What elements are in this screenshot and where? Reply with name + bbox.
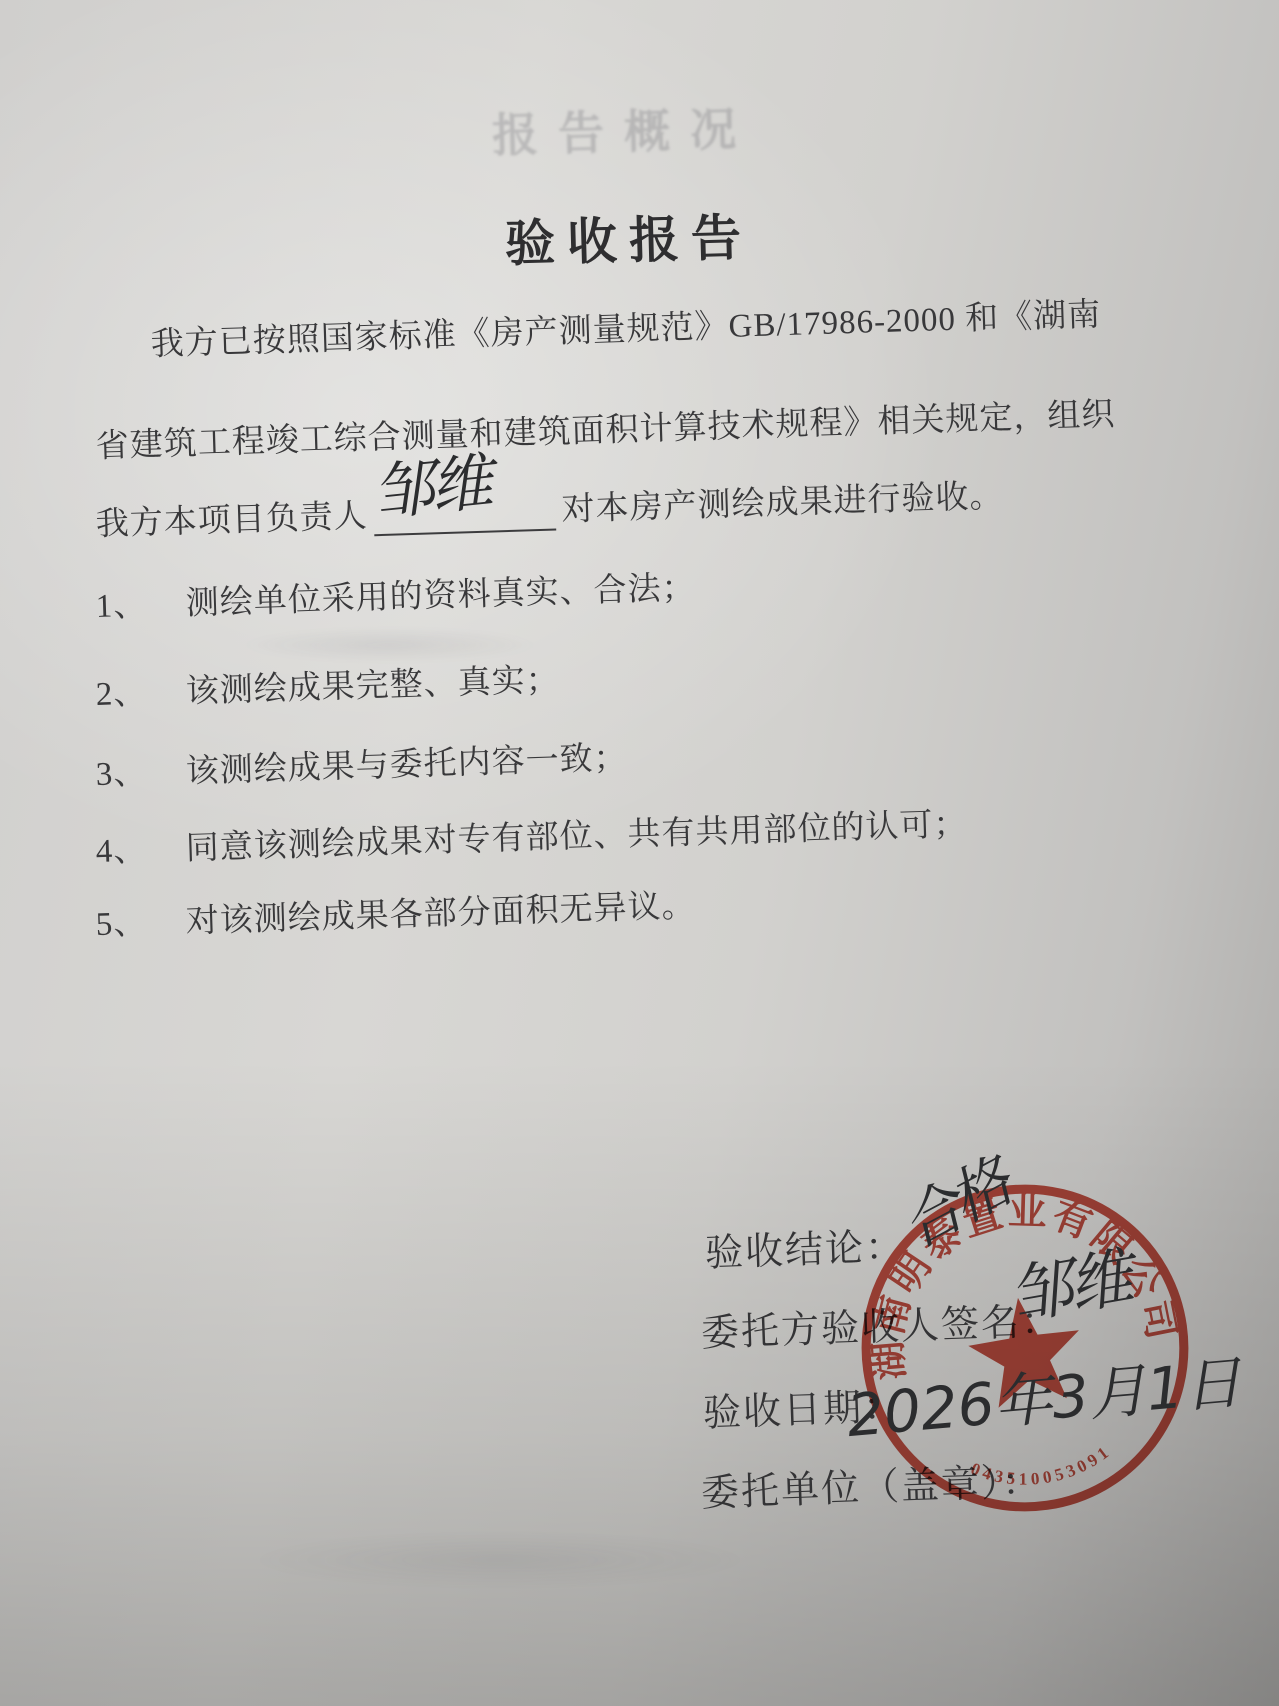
list-item-4-text: 同意该测绘成果对专有部位、共有共用部位的认可； bbox=[185, 807, 968, 868]
list-item-4-number: 4、 bbox=[95, 822, 186, 872]
bleedthrough-title: 报告概况 bbox=[491, 93, 757, 166]
paper-smudge bbox=[150, 1520, 850, 1600]
list-item-2-number: 2、 bbox=[95, 665, 186, 715]
list-item-1-text: 测绘单位采用的资料真实、合法； bbox=[185, 570, 696, 622]
list-item-3-text: 该测绘成果与委托内容一致； bbox=[185, 740, 628, 790]
list-item-5: 5、对该测绘成果各部分面积无异议。 bbox=[95, 879, 696, 945]
paragraph-line-1: 我方已按照国家标准《房产测量规范》GB/17986-2000 和《湖南 bbox=[150, 288, 1102, 365]
paragraph-line-3-prefix: 我方本项目负责人 bbox=[95, 498, 368, 543]
paragraph-line-3-suffix: 对本房产测绘成果进行验收。 bbox=[561, 478, 1004, 528]
list-item-1: 1、测绘单位采用的资料真实、合法； bbox=[95, 561, 696, 627]
list-item-3: 3、该测绘成果与委托内容一致； bbox=[95, 731, 628, 795]
list-item-1-number: 1、 bbox=[95, 577, 186, 627]
photographed-document: { "document": { "ghost_title": "报告概况", "… bbox=[0, 0, 1279, 1706]
paragraph-line-2: 省建筑工程竣工综合测量和建筑面积计算技术规程》相关规定，组织 bbox=[95, 388, 1116, 467]
list-item-5-text: 对该测绘成果各部分面积无异议。 bbox=[185, 888, 696, 940]
list-item-4: 4、同意该测绘成果对专有部位、共有共用部位的认可； bbox=[95, 798, 968, 872]
list-item-3-number: 3、 bbox=[95, 745, 186, 795]
paper-smudge bbox=[180, 620, 600, 670]
page-title: 验收报告 bbox=[504, 198, 754, 276]
list-item-5-number: 5、 bbox=[95, 895, 186, 945]
responsible-person-signature: 邹维 bbox=[368, 432, 493, 533]
paragraph-line-3: 我方本项目负责人对本房产测绘成果进行验收。 bbox=[95, 469, 1004, 544]
